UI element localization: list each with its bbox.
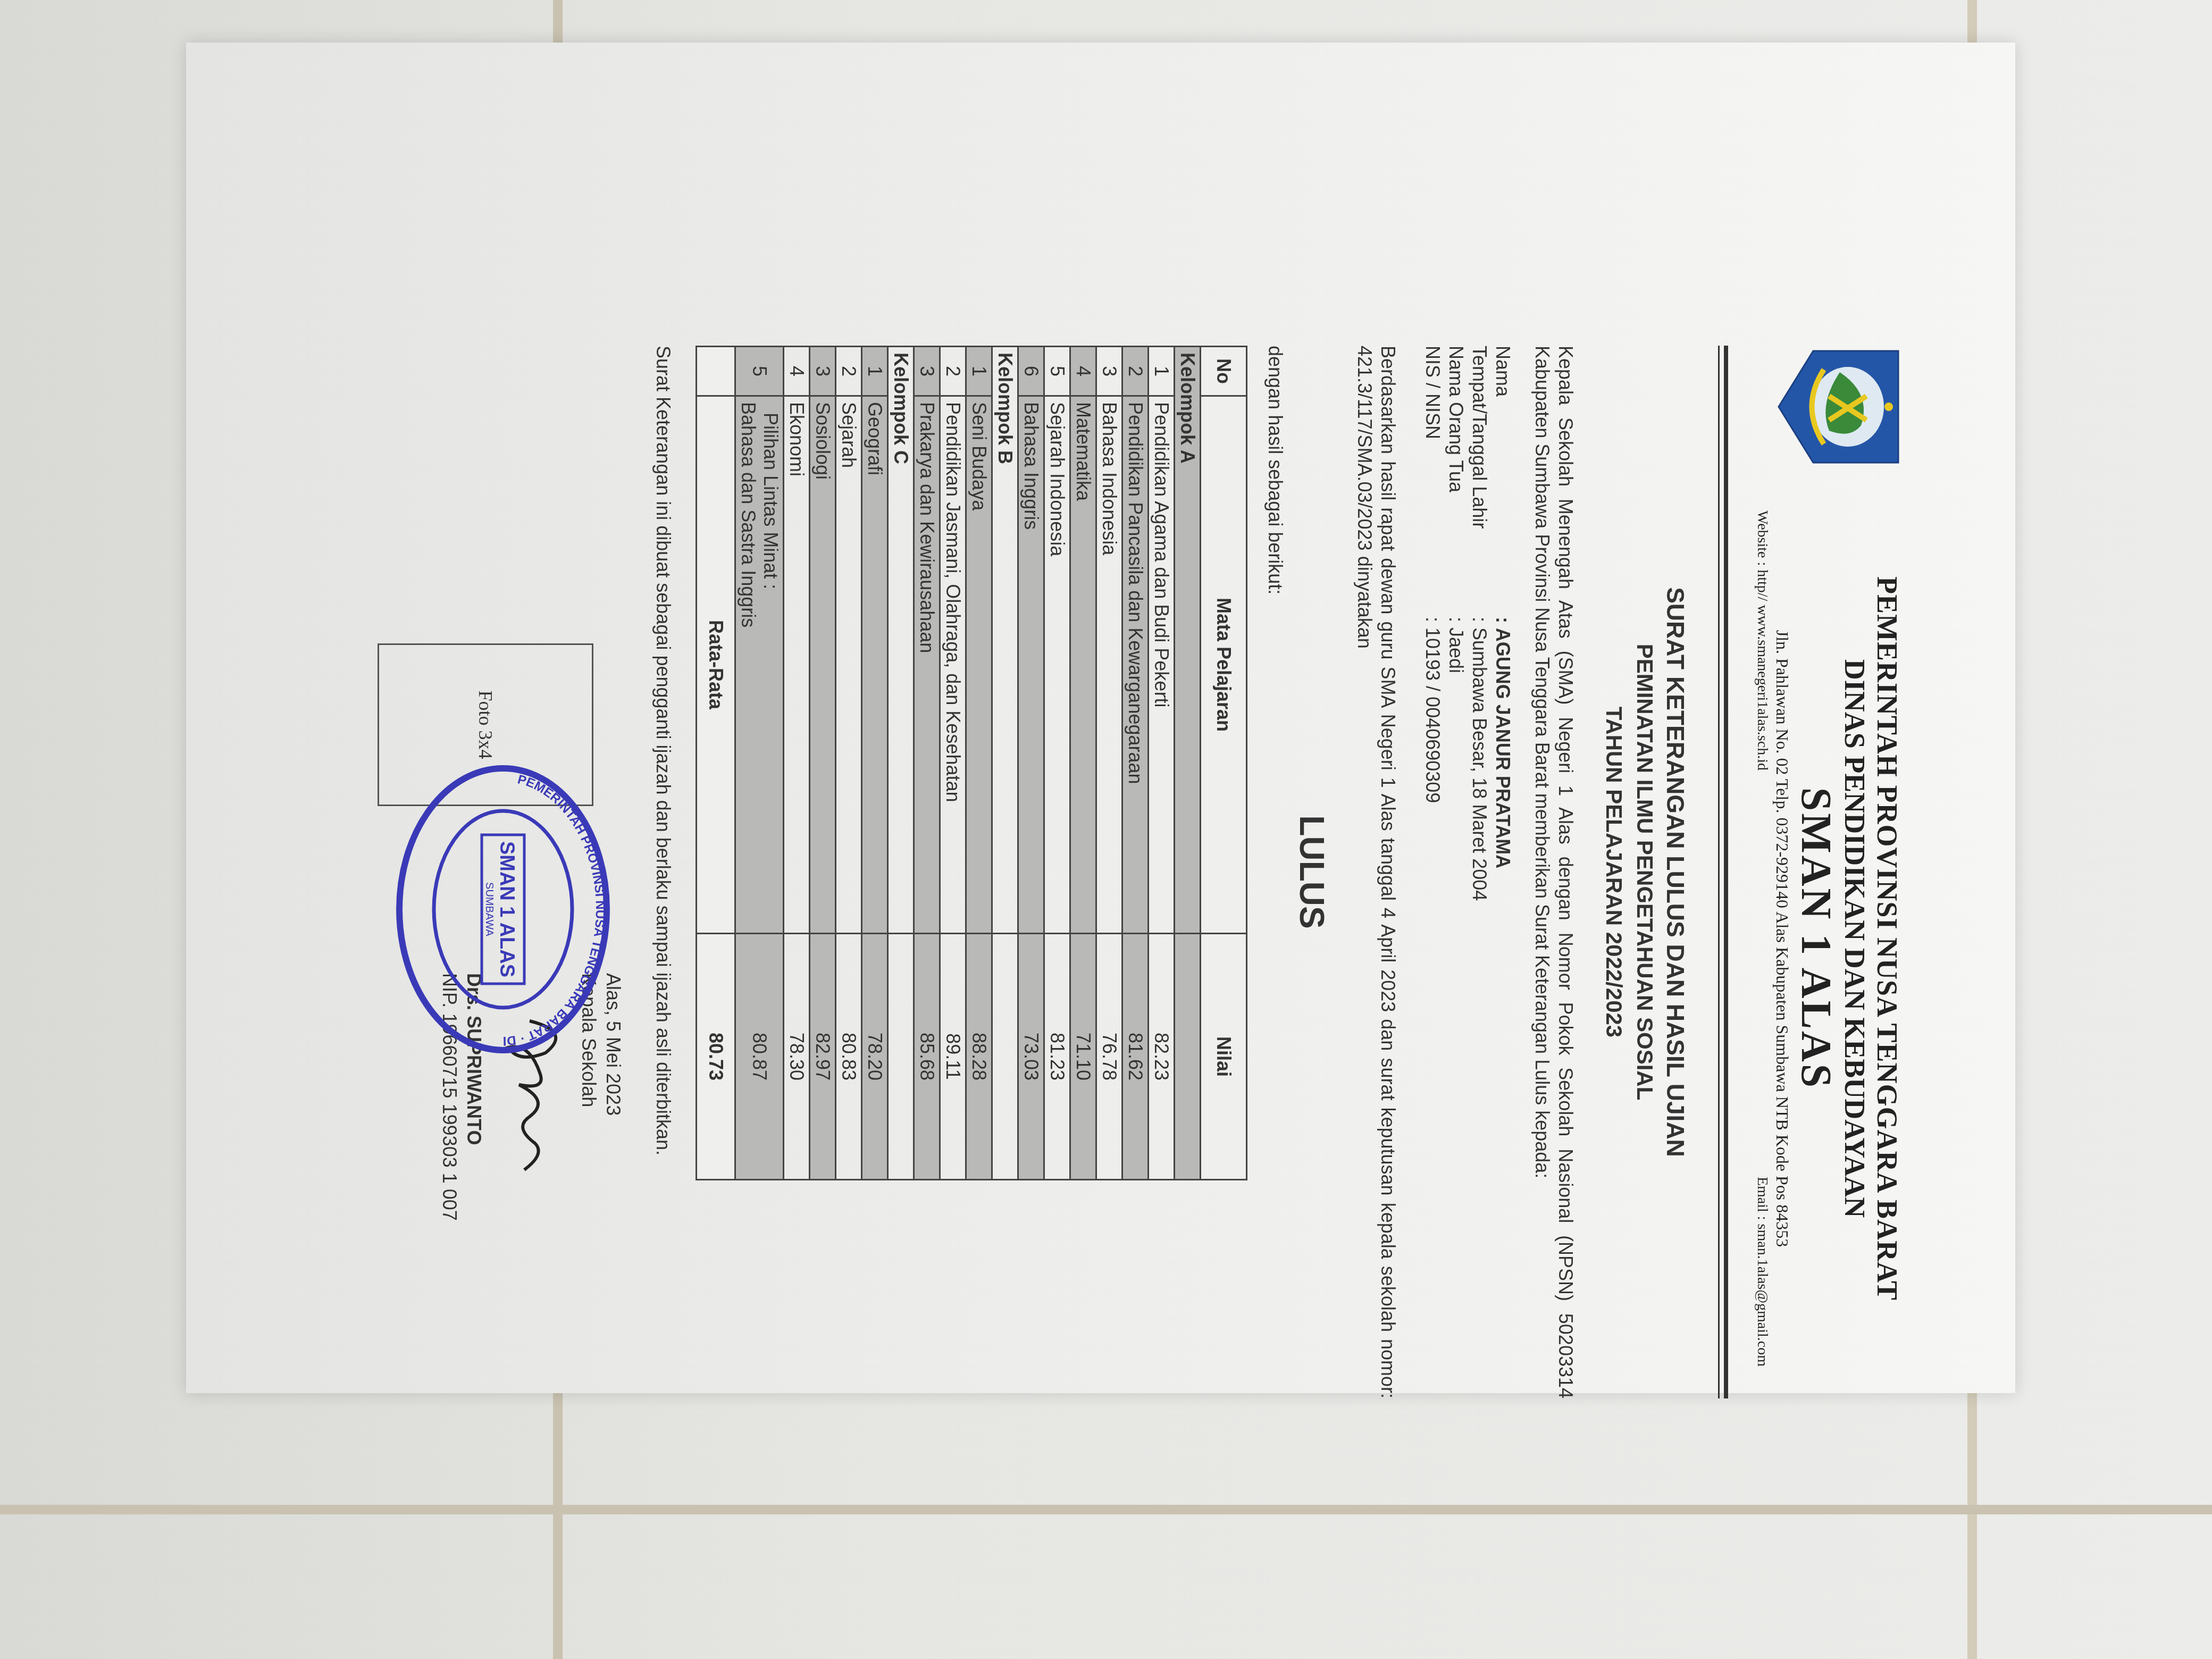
identity-row: NIS / NISN : 10193 / 0040690309 — [1421, 346, 1444, 1398]
average-value: 80.73 — [697, 934, 735, 1180]
row-no: 3 — [914, 347, 940, 396]
row-no: 2 — [1122, 347, 1149, 396]
row-subject: Ekonomi — [784, 396, 810, 934]
row-value: 82.23 — [1149, 934, 1175, 1180]
letterhead-divider — [1718, 346, 1728, 1398]
svg-text:SMAN 1 ALAS: SMAN 1 ALAS — [496, 841, 518, 977]
row-subject: Sosiologi — [810, 396, 836, 934]
table-intro: dengan hasil sebagai berikut: — [1263, 346, 1287, 1398]
group-row: Kelompok A — [1175, 347, 1201, 1180]
row-value: 80.83 — [836, 934, 862, 1180]
row-subject: Geografi — [862, 396, 888, 934]
row-value: 76.78 — [1096, 934, 1122, 1180]
table-row: 4 Matematika 71.10 — [1070, 347, 1096, 1180]
identity-label: NIS / NISN — [1421, 346, 1444, 617]
result-status: LULUS — [1292, 346, 1331, 1398]
row-value: 89.11 — [940, 934, 966, 1180]
row-no: 1 — [966, 347, 992, 396]
row-subject: Pendidikan Pancasila dan Kewarganegaraan — [1122, 396, 1149, 934]
group-label: Kelompok A — [1175, 347, 1201, 934]
letterhead-address: Jln. Pahlawan No. 02 Telp. 0372-929140 A… — [1772, 479, 1793, 1398]
signature-area: Foto 3x4 Alas, 5 Mei 2023 Kepala Sekolah… — [328, 346, 625, 1398]
row-subject: Prakarya dan Kewirausahaan — [914, 396, 940, 934]
basis-paragraph: Berdasarkan hasil rapat dewan guru SMA N… — [1353, 346, 1400, 1398]
row-value: 71.10 — [1070, 934, 1096, 1180]
table-row: 3 Sosiologi 82.97 — [810, 347, 836, 1180]
table-row: 1 Geografi 78.20 — [862, 347, 888, 1180]
identity-row: Tempat/Tanggal Lahir : Sumbawa Besar, 18… — [1468, 346, 1491, 1398]
title-specialization: PEMINATAN ILMU PENGETAHUAN SOSIAL — [1629, 346, 1660, 1398]
closing-statement: Surat Keterangan ini dibuat sebagai peng… — [652, 346, 674, 1398]
row-no: 3 — [810, 347, 836, 396]
row-subject: Seni Budaya — [966, 396, 992, 934]
letterhead-website: Website : http// www.smanegeri1alas.sch.… — [1753, 510, 1772, 770]
row-subject: Bahasa Inggris — [1018, 396, 1044, 934]
row-value: 88.28 — [966, 934, 992, 1180]
letterhead-email: Email : sman.1alas@gmail.com — [1753, 1177, 1772, 1367]
floor-tile-grout — [0, 1505, 2212, 1514]
table-row: 5 Sejarah Indonesia 81.23 — [1044, 347, 1070, 1180]
row-subject: Sejarah — [836, 396, 862, 934]
row-no: 1 — [1149, 347, 1175, 396]
row-subject: Pilihan Lintas Minat :Bahasa dan Sastra … — [735, 396, 784, 934]
document-page: PEMERINTAH PROVINSI NUSA TENGGARA BARAT … — [186, 43, 2015, 1393]
letterhead-school-name: SMAN 1 ALAS — [1793, 479, 1839, 1398]
table-row: 2 Pendidikan Pancasila dan Kewarganegara… — [1122, 347, 1149, 1180]
row-value: 73.03 — [1018, 934, 1044, 1180]
identity-label: Tempat/Tanggal Lahir — [1468, 346, 1491, 617]
row-no: 3 — [1096, 347, 1122, 396]
row-value: 80.87 — [735, 934, 784, 1180]
table-row: 3 Bahasa Indonesia 76.78 — [1096, 347, 1122, 1180]
group-label: Kelompok B — [992, 347, 1018, 934]
row-no: 5 — [735, 347, 784, 396]
row-no: 6 — [1018, 347, 1044, 396]
identity-label: Nama Orang Tua — [1444, 346, 1468, 617]
letterhead: PEMERINTAH PROVINSI NUSA TENGGARA BARAT … — [1728, 346, 1904, 1398]
row-no: 2 — [940, 347, 966, 396]
letterhead-department: DINAS PENDIDIKAN DAN KEBUDAYAAN — [1839, 479, 1871, 1398]
table-row: 3 Prakarya dan Kewirausahaan 85.68 — [914, 347, 940, 1180]
row-subject: Pendidikan Jasmani, Olahraga, dan Keseha… — [940, 396, 966, 934]
row-subject: Matematika — [1070, 396, 1096, 934]
school-stamp-icon: SMAN 1 ALAS SUMBAWA PEMERINTAH PROVINSI … — [391, 760, 615, 1058]
identity-value: : 10193 / 0040690309 — [1421, 617, 1444, 803]
table-row: 4 Ekonomi 78.30 — [784, 347, 810, 1180]
row-value: 81.23 — [1044, 934, 1070, 1180]
table-row: 6 Bahasa Inggris 73.03 — [1018, 347, 1044, 1180]
row-no: 4 — [784, 347, 810, 396]
row-no: 1 — [862, 347, 888, 396]
document-title: SURAT KETERANGAN LULUS DAN HASIL UJIAN P… — [1598, 346, 1691, 1398]
svg-text:SUMBAWA: SUMBAWA — [483, 882, 495, 937]
title-main: SURAT KETERANGAN LULUS DAN HASIL UJIAN — [1660, 346, 1691, 1398]
grades-table: No Mata Pelajaran Nilai Kelompok A1 Pend… — [696, 346, 1247, 1180]
photo-label: Foto 3x4 — [474, 690, 497, 759]
identity-row: Nama Orang Tua : Jaedi — [1444, 346, 1468, 1398]
row-subject: Sejarah Indonesia — [1044, 396, 1070, 934]
intro-paragraph: Kepala Sekolah Menengah Atas (SMA) Neger… — [1530, 346, 1577, 1398]
identity-value: : Sumbawa Besar, 18 Maret 2004 — [1468, 617, 1491, 901]
table-row: 2 Pendidikan Jasmani, Olahraga, dan Kese… — [940, 347, 966, 1180]
document-content: PEMERINTAH PROVINSI NUSA TENGGARA BARAT … — [328, 346, 1904, 1398]
row-value: 85.68 — [914, 934, 940, 1180]
row-value: 78.30 — [784, 934, 810, 1180]
letterhead-government: PEMERINTAH PROVINSI NUSA TENGGARA BARAT — [1871, 479, 1904, 1398]
title-academic-year: TAHUN PELAJARAN 2022/2023 — [1598, 346, 1629, 1398]
row-no: 2 — [836, 347, 862, 396]
table-row: 1 Pendidikan Agama dan Budi Pekerti 82.2… — [1149, 347, 1175, 1180]
table-row: 5 Pilihan Lintas Minat :Bahasa dan Sastr… — [735, 347, 784, 1180]
student-identity: Nama : AGUNG JANUR PRATAMATempat/Tanggal… — [1421, 346, 1514, 1398]
group-label: Kelompok C — [888, 347, 914, 934]
average-row: Rata-Rata 80.73 — [697, 347, 735, 1180]
row-no: 5 — [1044, 347, 1070, 396]
average-label: Rata-Rata — [697, 396, 735, 934]
row-no: 4 — [1070, 347, 1096, 396]
identity-row: Nama : AGUNG JANUR PRATAMA — [1491, 346, 1514, 1398]
row-subject: Pendidikan Agama dan Budi Pekerti — [1149, 396, 1175, 934]
identity-value: : AGUNG JANUR PRATAMA — [1491, 617, 1514, 868]
group-row: Kelompok B — [992, 347, 1018, 1180]
header-value: Nilai — [1201, 934, 1247, 1180]
group-row: Kelompok C — [888, 347, 914, 1180]
header-no: No — [1201, 347, 1247, 396]
row-value: 82.97 — [810, 934, 836, 1180]
table-row: 1 Seni Budaya 88.28 — [966, 347, 992, 1180]
identity-label: Nama — [1491, 346, 1514, 617]
province-emblem-icon — [1776, 346, 1904, 468]
table-row: 2 Sejarah 80.83 — [836, 347, 862, 1180]
row-value: 81.62 — [1122, 934, 1149, 1180]
header-subject: Mata Pelajaran — [1201, 396, 1247, 934]
identity-value: : Jaedi — [1444, 617, 1468, 673]
row-value: 78.20 — [862, 934, 888, 1180]
row-subject: Bahasa Indonesia — [1096, 396, 1122, 934]
